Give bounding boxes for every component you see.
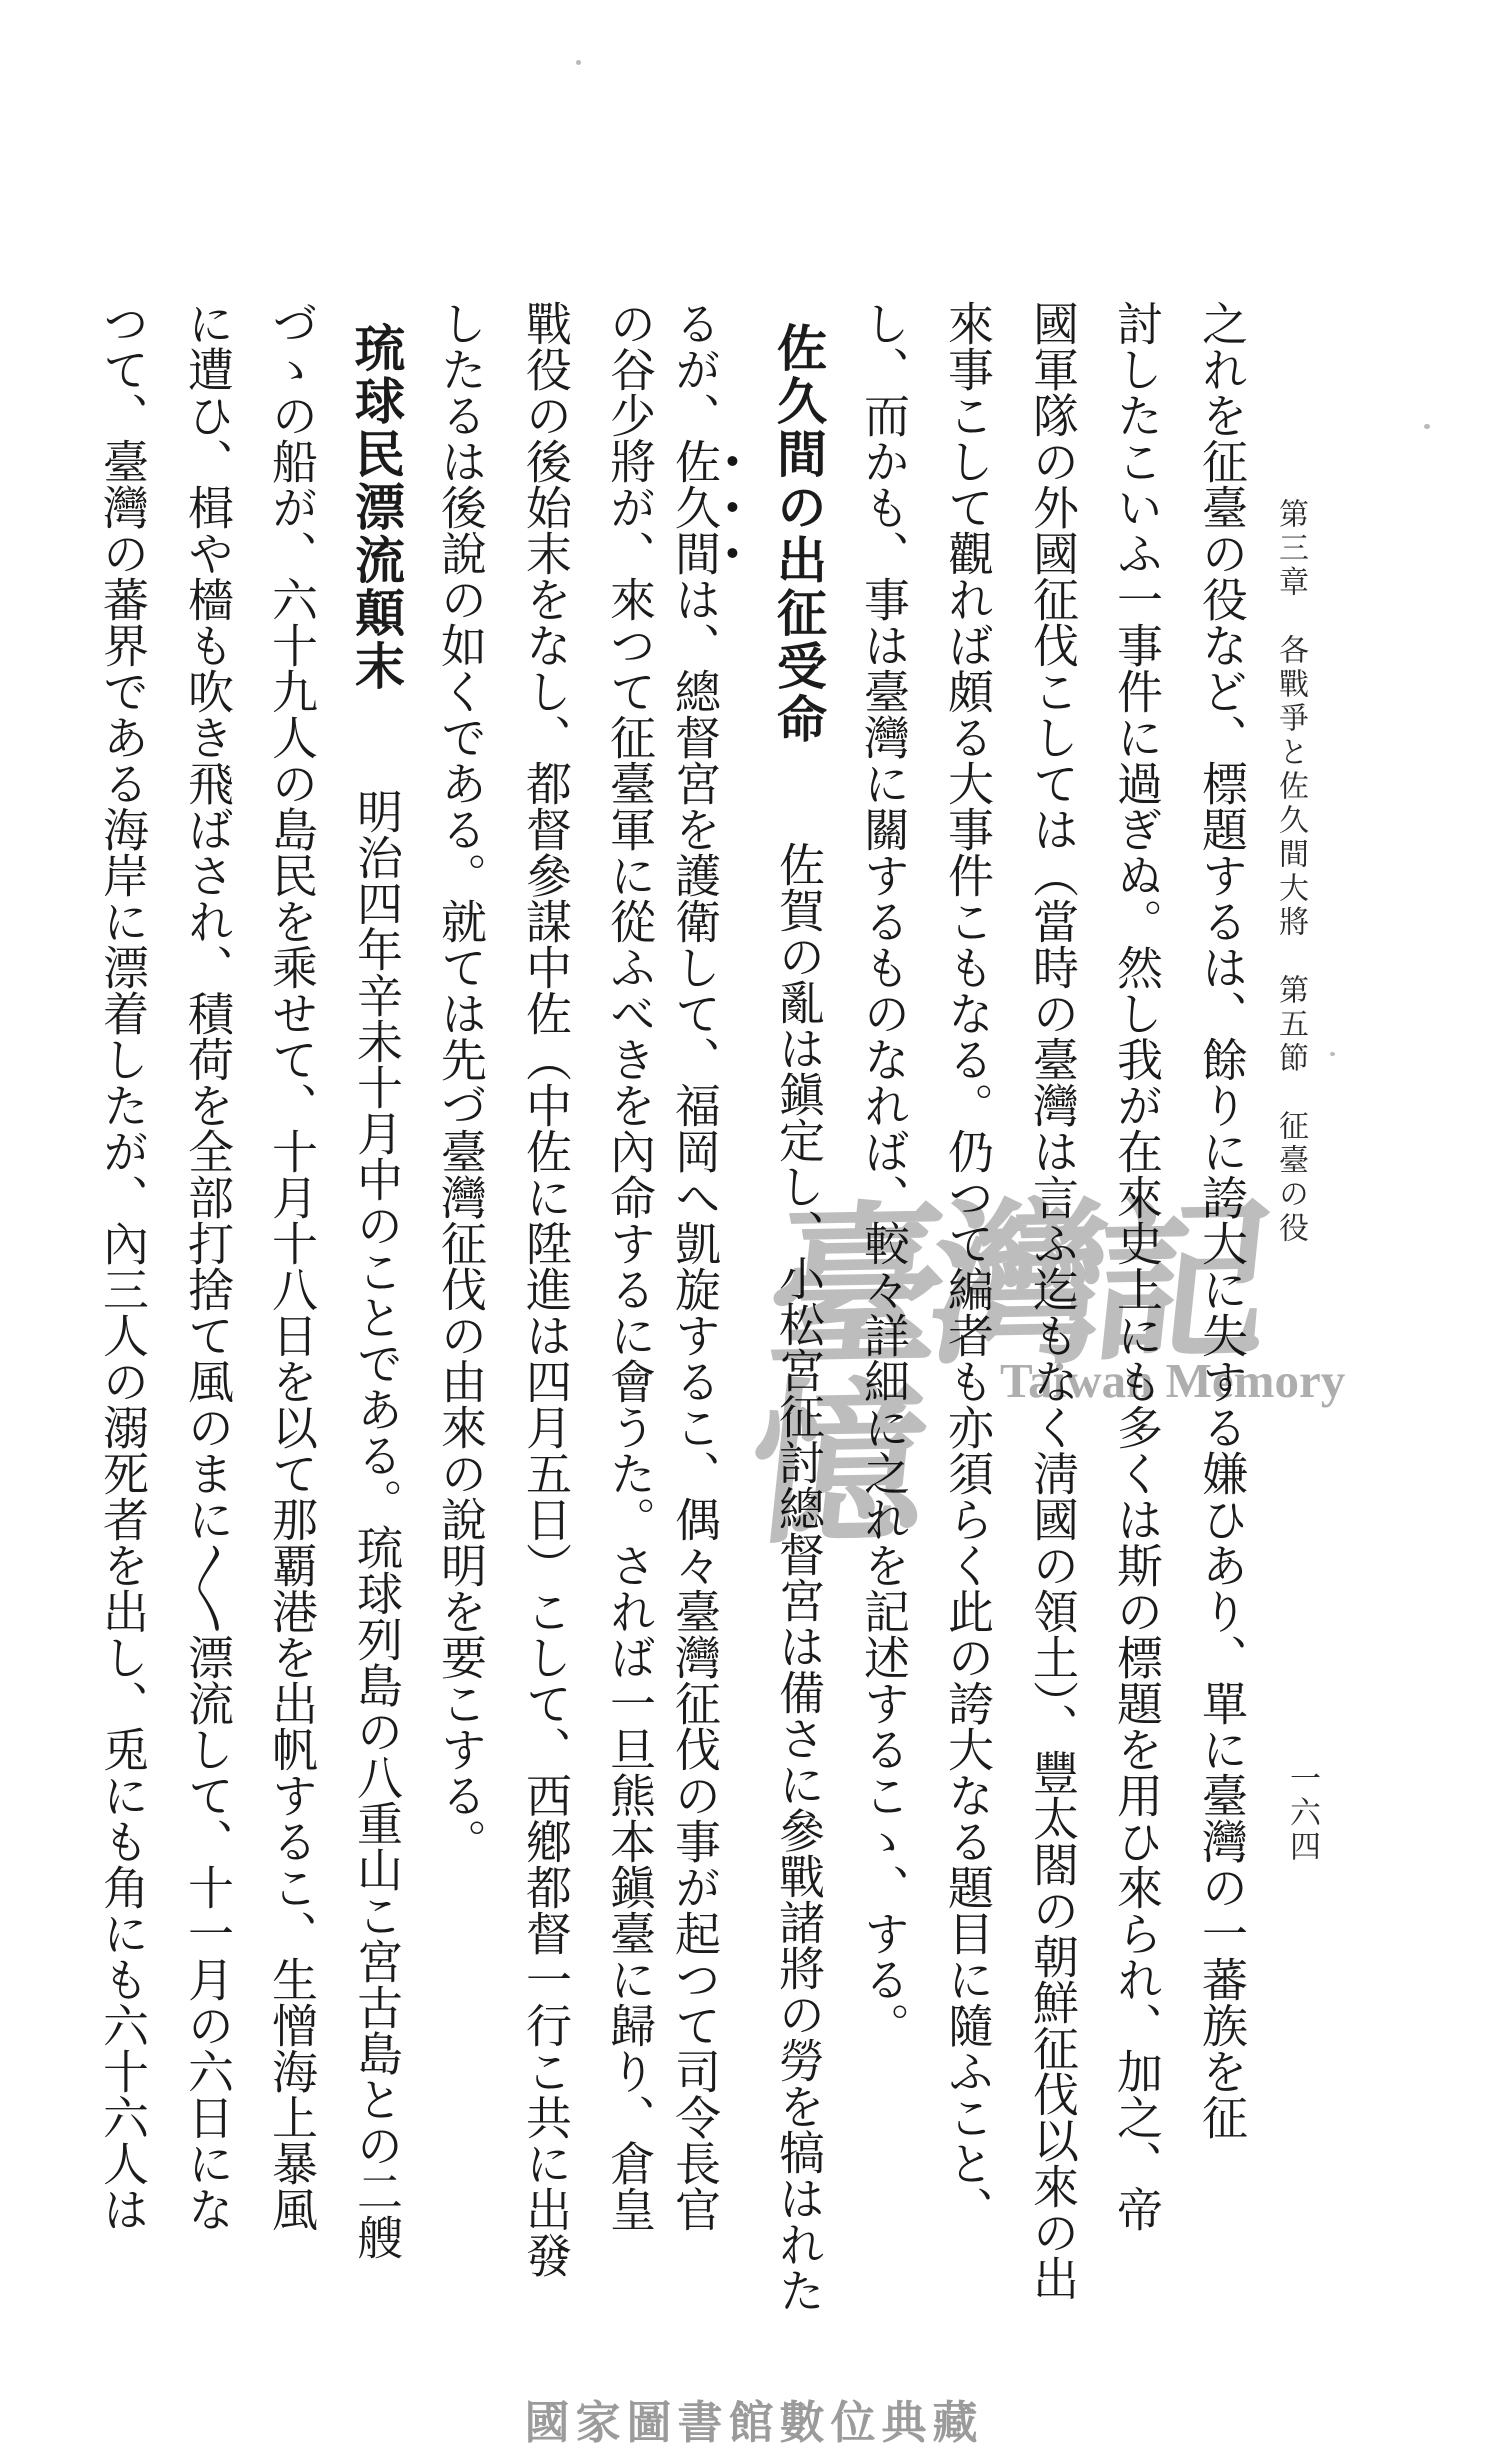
section-heading-ryukyu-castaways: 琉球民漂流顛末 — [348, 322, 404, 693]
text-column-5: し、而かも、事は臺灣に關するものなれば、較々詳細に之れを記述するこゝ、する。 — [852, 300, 914, 2340]
text-column-11: 琉球民漂流顛末明治四年辛未十月中のことである。琉球列島の八重山こ宮古島との二艘 — [345, 322, 407, 2362]
scan-speck — [576, 60, 581, 65]
text-column-6: 佐久間の出征受命佐賀の亂は鎭定し、小松宮征討總督宮は備さに參戰諸將の勞を犒はれた — [767, 322, 829, 2362]
column-text: は、總督宮を護衛して、福岡へ凱旋するこ、偶々臺灣征伐の事が起つて司令長官 — [669, 576, 720, 2232]
text-column-8: の谷少將が、來つて征臺軍に從ふべきを內命するに會うた。されば一旦熊本鎭臺に歸り、… — [598, 300, 660, 2340]
text-column-4: 來事こして觀れば頗る大事件こもなる。仍つて編者も亦須らく此の誇大なる題目に隨ふこ… — [936, 300, 998, 2340]
text-column-9: 戰役の後始末をなし、都督參謀中佐（中佐に陞進は四月五日）こして、西鄕都督一行こ共… — [514, 300, 576, 2340]
heading-gap — [375, 693, 377, 788]
page-number: 一六四 — [1280, 1762, 1325, 1982]
scan-speck — [1424, 424, 1430, 429]
text-column-13: に遭ひ、楫や檣も吹き飛ばされ、積荷を全部打捨て風のまに〱漂流して、十一月の六日に… — [176, 300, 238, 2340]
emphasized-name-sakuma: 佐久間 — [669, 438, 720, 576]
section-body: 佐賀の亂は鎭定し、小松宮征討總督宮は備さに參戰諸將の勞を犒はれた — [773, 841, 824, 2313]
scan-speck — [1330, 1052, 1335, 1056]
archive-footer-caption: 國家圖書館數位典藏 — [0, 2386, 1508, 2451]
text-column-7: るが、佐久間は、總督宮を護衛して、福岡へ凱旋するこ、偶々臺灣征伐の事が起つて司令… — [683, 300, 745, 2340]
heading-gap — [797, 746, 799, 841]
text-column-3: 國軍隊の外國征伐こしては（當時の臺灣は言ふ迄もなく淸國の領土）、豐太閤の朝鮮征伐… — [1021, 300, 1083, 2340]
text-column-1: 之れを征臺の役など、標題するは、餘りに誇大に失する嫌ひあり、單に臺灣の一蕃族を征 — [1190, 300, 1252, 2340]
section-body: 明治四年辛未十月中のことである。琉球列島の八重山こ宮古島との二艘 — [351, 788, 402, 2260]
text-column-12: づゝの船が、六十九人の島民を乘せて、十月十八日を以て那覇港を出帆するこ、生憎海上… — [260, 300, 322, 2340]
scanned-book-page: { "document": { "chapter_header": "第三章 各… — [0, 0, 1508, 2464]
text-column-10: したるは後說の如くである。就ては先づ臺灣征伐の由來の說明を要こする。 — [429, 300, 491, 2340]
text-column-2: 討したこいふ一事件に過ぎぬ。然し我が在來史上にも多くは斯の標題を用ひ來られ、加之… — [1105, 300, 1167, 2340]
text-column-14: つて、臺灣の蕃界である海岸に漂着したが、內三人の溺死者を出し、兎にも角にも六十六… — [91, 300, 153, 2340]
section-heading-sakuma-departure: 佐久間の出征受命 — [770, 322, 826, 746]
chapter-header: 第三章 各戰爭と佐久間大將 第五節 征臺の役 — [1268, 498, 1312, 1498]
column-text: るが、 — [669, 300, 720, 438]
